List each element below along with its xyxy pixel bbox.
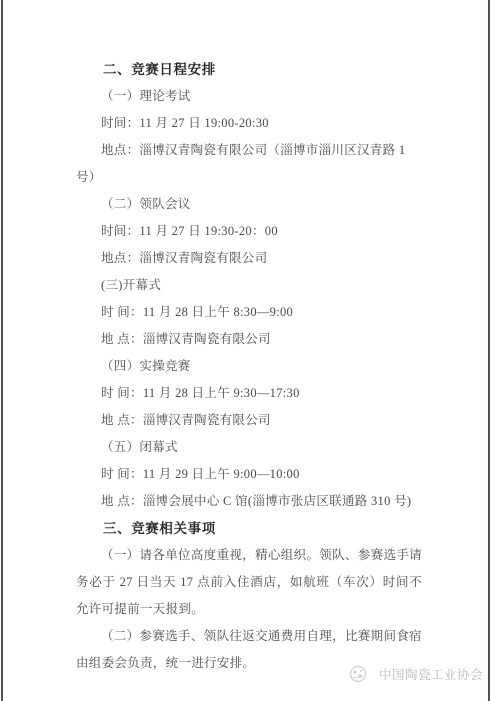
event-3-time: 时 间：11 月 28 日上午 8:30—9:00 [76,299,422,326]
event-1-title: （一）理论考试 [76,83,422,110]
event-4-place: 地 点：淄博汉青陶瓷有限公司 [76,407,422,434]
event-5-place: 地 点：淄博会展中心 C 馆(淄博市张店区联通路 310 号) [76,488,422,515]
event-5-time: 时 间：11 月 29 日上午 9:00—10:00 [76,461,422,488]
event-2-time: 时间：11 月 27 日 19:30-20：00 [76,218,422,245]
notice-paragraph-1: （一）请各单位高度重视，精心组织。领队、参赛选手请务必于 27 日当天 17 点… [76,542,422,623]
event-1-time: 时间：11 月 27 日 19:00-20:30 [76,110,422,137]
association-name: 中国陶瓷工业协会 [379,665,483,683]
association-logo-icon [348,664,368,684]
document-page: 二、竞赛日程安排 （一）理论考试 时间：11 月 27 日 19:00-20:3… [0,0,496,701]
event-2-title: （二）领队会议 [76,191,422,218]
watermark-footer: 中国陶瓷工业协会 [348,662,483,686]
event-5-title: （五）闭幕式 [76,434,422,461]
event-1-place: 地点：淄博汉青陶瓷有限公司（淄博市淄川区汉青路 1 号） [76,137,422,191]
page-left-border [1,0,3,701]
section-2-heading: 二、竞赛日程安排 [76,56,422,83]
event-4-title: （四）实操竞赛 [76,353,422,380]
page-right-border [488,0,490,701]
event-2-place: 地点：淄博汉青陶瓷有限公司 [76,245,422,272]
event-4-time: 时 间：11 月 28 日上午 9:30—17:30 [76,380,422,407]
event-3-place: 地 点：淄博汉青陶瓷有限公司 [76,326,422,353]
document-content: 二、竞赛日程安排 （一）理论考试 时间：11 月 27 日 19:00-20:3… [76,56,422,677]
section-3-heading: 三、竞赛相关事项 [76,515,422,542]
event-3-title: (三)开幕式 [76,272,422,299]
